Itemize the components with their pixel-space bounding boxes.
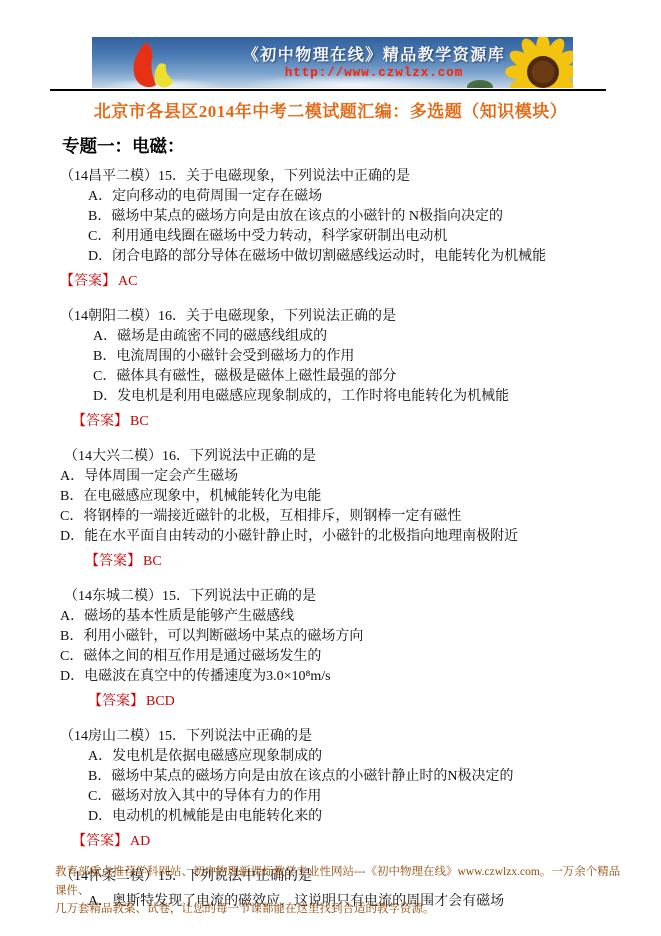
- section-heading: 专题一：电磁：: [62, 133, 661, 158]
- option-c: C．磁场对放入其中的导体有力的作用: [88, 787, 621, 807]
- option-d: D．闭合电路的部分导体在磁场中做切割磁感线运动时，电能转化为机械能: [88, 247, 621, 267]
- sunflower-icon: [505, 37, 573, 88]
- banner-site-url: http://www.czwlzx.com: [224, 66, 524, 80]
- document-page: 《初中物理在线》精品教学资源库 http://www.czwlzx.com: [0, 0, 661, 936]
- option-d: D．发电机是利用电磁感应现象制成的，工作时将电能转化为机械能: [93, 387, 621, 407]
- footer-line-2: 几万套精品教案、试卷，让您的每一节课都能在这里找到合适的教学资源。: [55, 900, 621, 919]
- answer-label: 【答案】: [72, 414, 128, 429]
- option-a: A．发电机是依据电磁感应现象制成的: [88, 747, 621, 767]
- answer-value: BC: [130, 414, 149, 429]
- leaf-decoration: [467, 80, 493, 88]
- question-block-daxing: （14大兴二模）16．下列说法中正确的是 A．导体周围一定会产生磁场 B．在电磁…: [60, 447, 621, 572]
- option-b: B．在电磁感应现象中，机械能转化为电能: [60, 487, 621, 507]
- site-banner: 《初中物理在线》精品教学资源库 http://www.czwlzx.com: [92, 37, 573, 88]
- answer-label: 【答案】: [85, 554, 141, 569]
- answer-line: 【答案】AD: [72, 832, 621, 852]
- site-logo-icon: [122, 40, 184, 88]
- page-title: 北京市各县区2014年中考二模试题汇编：多选题（知识模块）: [0, 97, 661, 122]
- option-c: C．磁体之间的相互作用是通过磁场发生的: [60, 647, 621, 667]
- page-footer: 教育部重点推荐学科网站、初中物理新课标教学专业性网站---《初中物理在线》www…: [55, 863, 621, 919]
- banner-text: 《初中物理在线》精品教学资源库 http://www.czwlzx.com: [224, 42, 524, 80]
- option-d: D．电动机的机械能是由电能转化来的: [88, 807, 621, 827]
- question-header: （14东城二模）15．下列说法中正确的是: [64, 587, 621, 607]
- banner-site-title: 《初中物理在线》精品教学资源库: [224, 42, 524, 65]
- question-block-changping: （14昌平二模）15．关于电磁现象，下列说法中正确的是 A．定向移动的电荷周围一…: [60, 167, 621, 292]
- answer-label: 【答案】: [60, 274, 116, 289]
- answer-line: 【答案】AC: [60, 272, 621, 292]
- answer-value: BCD: [146, 694, 175, 709]
- option-a: A．磁场是由疏密不同的磁感线组成的: [93, 327, 621, 347]
- answer-line: 【答案】BC: [72, 412, 621, 432]
- question-header: （14朝阳二模）16．关于电磁现象，下列说法正确的是: [60, 307, 621, 327]
- option-b: B．磁场中某点的磁场方向是由放在该点的小磁针静止时的N极决定的: [88, 767, 621, 787]
- footer-line-1: 教育部重点推荐学科网站、初中物理新课标教学专业性网站---《初中物理在线》www…: [55, 863, 621, 900]
- header-divider: [50, 89, 606, 91]
- answer-line: 【答案】BC: [85, 552, 621, 572]
- question-header: （14昌平二模）15．关于电磁现象，下列说法中正确的是: [60, 167, 621, 187]
- option-b: B．磁场中某点的磁场方向是由放在该点的小磁针的 N极指向决定的: [88, 207, 621, 227]
- option-a: A．导体周围一定会产生磁场: [60, 467, 621, 487]
- question-block-dongcheng: （14东城二模）15．下列说法中正确的是 A．磁场的基本性质是能够产生磁感线 B…: [60, 587, 621, 712]
- answer-label: 【答案】: [88, 694, 144, 709]
- question-block-fangshan: （14房山二模）15．下列说法中正确的是 A．发电机是依据电磁感应现象制成的 B…: [60, 727, 621, 852]
- question-header: （14大兴二模）16．下列说法中正确的是: [64, 447, 621, 467]
- option-c: C．利用通电线圈在磁场中受力转动，科学家研制出电动机: [88, 227, 621, 247]
- option-a: A．磁场的基本性质是能够产生磁感线: [60, 607, 621, 627]
- answer-value: BC: [143, 554, 162, 569]
- answer-label: 【答案】: [72, 834, 128, 849]
- answer-value: AD: [130, 834, 150, 849]
- option-c: C．磁体具有磁性，磁极是磁体上磁性最强的部分: [93, 367, 621, 387]
- question-block-chaoyang: （14朝阳二模）16．关于电磁现象，下列说法正确的是 A．磁场是由疏密不同的磁感…: [60, 307, 621, 432]
- answer-line: 【答案】BCD: [88, 692, 621, 712]
- question-list: （14昌平二模）15．关于电磁现象，下列说法中正确的是 A．定向移动的电荷周围一…: [60, 167, 621, 912]
- option-d: D．电磁波在真空中的传播速度为3.0×10⁸m/s: [60, 667, 621, 687]
- option-b: B．电流周围的小磁针会受到磁场力的作用: [93, 347, 621, 367]
- option-d: D．能在水平面自由转动的小磁针静止时，小磁针的北极指向地理南极附近: [60, 527, 621, 547]
- option-a: A．定向移动的电荷周围一定存在磁场: [88, 187, 621, 207]
- option-c: C．将钢棒的一端接近磁针的北极，互相排斥，则钢棒一定有磁性: [60, 507, 621, 527]
- answer-value: AC: [118, 274, 137, 289]
- question-header: （14房山二模）15．下列说法中正确的是: [60, 727, 621, 747]
- option-b: B．利用小磁针，可以判断磁场中某点的磁场方向: [60, 627, 621, 647]
